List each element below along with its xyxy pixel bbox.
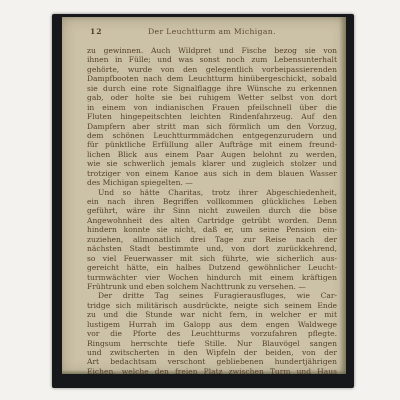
text-line: zu gewinnen. Auch Wildpret und Fische be… <box>87 46 337 55</box>
text-line: Und so hätte Charitas, trotz ihrer Abges… <box>87 188 337 197</box>
text-line: dem schönen Leuchtturmmädchen entgegenzu… <box>87 131 337 140</box>
text-line: Eichen, welche den freien Platz zwischen… <box>87 367 337 376</box>
text-line: zu und die Stunde war nicht fern, in wel… <box>87 310 337 319</box>
text-line: wie sie schwerlich jemals klarer und zug… <box>87 159 337 168</box>
page-edge <box>339 17 346 374</box>
page-header: 12 Der Leuchtturm am Michigan. <box>87 26 337 38</box>
body-text: zu gewinnen. Auch Wildpret und Fische be… <box>87 46 337 376</box>
text-area: 12 Der Leuchtturm am Michigan. zu gewinn… <box>87 26 337 376</box>
text-line: vor die Pforte des Leuchtturms vorzufahr… <box>87 329 337 338</box>
text-line: so viel Feuerwasser mit sich führte, wie… <box>87 254 337 263</box>
text-line: Dampfern aber stritt man sich förmlich u… <box>87 122 337 131</box>
text-line: des Michigan spiegelten. — <box>87 178 337 187</box>
text-line: tridge sich militärisch ausdrückte, neig… <box>87 301 337 310</box>
text-line: turmwächter vier Wochen hindurch mit ein… <box>87 273 337 282</box>
text-line: ein nach ihren Begriffen vollkommen glüc… <box>87 197 337 206</box>
text-line: nächsten Stadt bestimmte und, von dort z… <box>87 244 337 253</box>
text-line: sie durch eine rote Signalflagge ihre Wü… <box>87 84 337 93</box>
text-line: ihnen in Fülle; und was sonst noch zum L… <box>87 55 337 64</box>
text-line: gehörte, wurde von den gelegentlich vorb… <box>87 65 337 74</box>
text-line: Angewohnheit des alten Cartridge getrübt… <box>87 216 337 225</box>
text-line: Der dritte Tag seines Furagierausfluges,… <box>87 291 337 300</box>
book-scan: 12 Der Leuchtturm am Michigan. zu gewinn… <box>0 0 400 400</box>
text-line: und zwitscherten in den Wipfeln der beid… <box>87 348 337 357</box>
text-line: gereicht hätte, ein halbes Dutzend gewöh… <box>87 263 337 272</box>
text-line: lichen Blick aus einem Paar Augen belohn… <box>87 150 337 159</box>
text-line: Fluten hingepeitschten leichten Rindenfa… <box>87 112 337 121</box>
text-line: für pünktliche Erfüllung aller Aufträge … <box>87 140 337 149</box>
text-line: trotziger von einem Kanoe aus sich in de… <box>87 169 337 178</box>
text-line: Ringsum herrschte tiefe Stille. Nur Blau… <box>87 339 337 348</box>
text-line: Dampfbooten nach dem Leuchtturm hinüberg… <box>87 74 337 83</box>
text-line: hindern konnte sie nicht, daß er, um sei… <box>87 225 337 234</box>
text-line: lustigem Hurrah im Galopp aus dem engen … <box>87 320 337 329</box>
text-line: Frühtrunk und eben solchem Nachttrunk zu… <box>87 282 337 291</box>
text-line: geführt, wäre ihr Sinn nicht zuweilen du… <box>87 206 337 215</box>
running-head: Der Leuchtturm am Michigan. <box>87 26 337 38</box>
text-line: in einem von indianischen Frauen pfeilsc… <box>87 103 337 112</box>
text-line: gab, oder holte sie bei ruhigem Wetter s… <box>87 93 337 102</box>
text-line: zuziehen, allmonatlich drei Tage zur Rei… <box>87 235 337 244</box>
book-page: 12 Der Leuchtturm am Michigan. zu gewinn… <box>62 17 346 374</box>
text-line: Art bedachtsam verschont gebliebenen hun… <box>87 357 337 366</box>
